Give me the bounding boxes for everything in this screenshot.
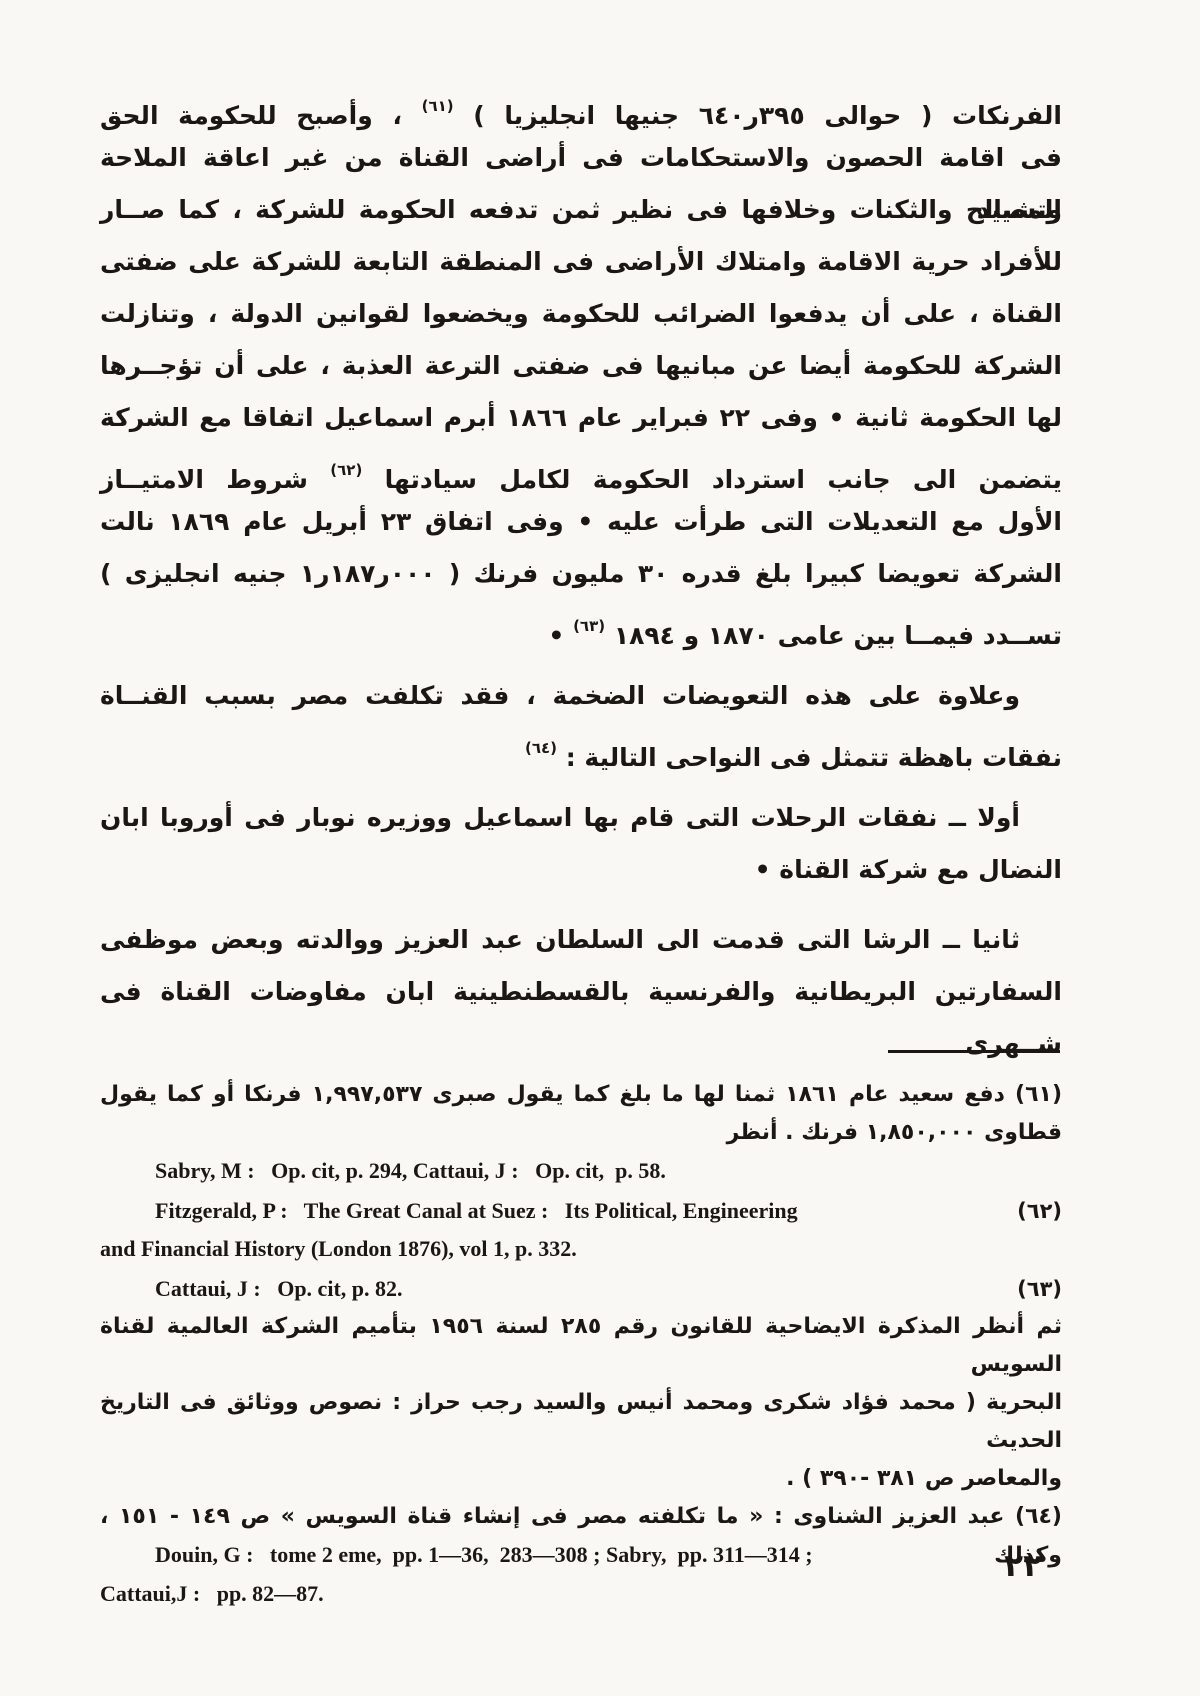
body-line: أولا ــ نفقات الرحلات التى قام بها اسماع…	[100, 792, 1062, 844]
body-paragraph: أولا ــ نفقات الرحلات التى قام بها اسماع…	[100, 792, 1062, 896]
footnote-line: ثم أنظر المذكرة الايضاحية للقانون رقم ٢٨…	[100, 1308, 1062, 1384]
body-text: الفرنكات ( حوالى ⁦٣٩٥ر٦٤٠⁩ جنيها انجليزي…	[100, 80, 1062, 1018]
footnote-line: والمعاصر ص ٣٨١ -٣٩٠ ) .	[100, 1460, 1062, 1498]
body-line: لها الحكومة ثانية • وفى ٢٢ فبراير عام ١٨…	[100, 392, 1062, 444]
body-paragraph: وعلاوة على هذه التعويضات الضخمة ، فقد تك…	[100, 670, 1062, 774]
footnote-line: (٦٤) عبد العزيز الشناوى : « ما تكلفته مص…	[100, 1498, 1062, 1536]
page-number: ٢٢	[1004, 1548, 1042, 1584]
body-line: فى اقامة الحصون والاستحكامات فى أراضى ال…	[100, 132, 1062, 184]
body-line: للأفراد حرية الاقامة وامتلاك الأراضى فى …	[100, 236, 1062, 288]
footnote-separator	[888, 1050, 1060, 1053]
footnote-text: Fitzgerald, P : The Great Canal at Suez …	[100, 1192, 798, 1230]
footnote-line: Douin, G : tome 2 eme, pp. 1—36, 283—308…	[100, 1536, 1062, 1575]
body-line: المصالح والثكنات وخلافها فى نظير ثمن تدف…	[100, 184, 1062, 236]
body-line: النضال مع شركة القناة •	[100, 844, 1062, 896]
footnote-line: Cattaui, J : Op. cit, p. 82.(٦٣)	[100, 1270, 1062, 1308]
footnote-text: Cattaui, J : Op. cit, p. 82.	[100, 1270, 403, 1308]
footnote-text: Douin, G : tome 2 eme, pp. 1—36, 283—308…	[100, 1536, 813, 1574]
body-line: السفارتين البريطانية والفرنسية بالقسطنطي…	[100, 966, 1062, 1018]
body-line: نفقات باهظة تتمثل فى النواحى التالية : (…	[100, 722, 1062, 774]
footnote-section: (٦١) دفع سعيد عام ١٨٦١ ثمنا لها ما بلغ ك…	[100, 1076, 1062, 1615]
body-line: يتضمن الى جانب استرداد الحكومة لكامل سيا…	[100, 444, 1062, 496]
footnote-marker: (٦٢)	[1017, 1192, 1062, 1230]
footnote-line: Cattaui,J : pp. 82—87.	[100, 1575, 1062, 1615]
footnote-ref: (٦٣)	[573, 617, 605, 635]
body-line: تســدد فيمــا بين عامى ١٨٧٠ و ١٨٩٤ (٦٣) …	[100, 600, 1062, 652]
body-line: وعلاوة على هذه التعويضات الضخمة ، فقد تك…	[100, 670, 1062, 722]
footnote-line: (٦١) دفع سعيد عام ١٨٦١ ثمنا لها ما بلغ ك…	[100, 1076, 1062, 1114]
footnote-text: and Financial History (London 1876), vol…	[100, 1236, 577, 1261]
body-paragraph: الفرنكات ( حوالى ⁦٣٩٥ر٦٤٠⁩ جنيها انجليزي…	[100, 80, 1062, 652]
footnote-text: Sabry, M : Op. cit, p. 294, Cattaui, J :…	[155, 1158, 666, 1183]
footnote-ref: (٦٢)	[330, 461, 362, 479]
footnote-line: البحرية ( محمد فؤاد شكرى ومحمد أنيس والس…	[100, 1384, 1062, 1460]
footnote-ref: (٦٤)	[525, 739, 557, 757]
footnote-ref: (٦١)	[422, 97, 454, 115]
body-line: الفرنكات ( حوالى ⁦٣٩٥ر٦٤٠⁩ جنيها انجليزي…	[100, 80, 1062, 132]
footnote-line: قطاوى ١,٨٥٠,٠٠٠ فرنك . أنظر	[100, 1114, 1062, 1152]
footnote-marker: (٦٣)	[1017, 1270, 1062, 1308]
footnote-text: Cattaui,J : pp. 82—87.	[100, 1581, 324, 1606]
footnote-line: Fitzgerald, P : The Great Canal at Suez …	[100, 1192, 1062, 1230]
body-line: الشركة تعويضا كبيرا بلغ قدره ٣٠ مليون فر…	[100, 548, 1062, 600]
body-paragraph: ثانيا ــ الرشا التى قدمت الى السلطان عبد…	[100, 914, 1062, 1018]
footnote-line: and Financial History (London 1876), vol…	[100, 1230, 1062, 1270]
body-line: الشركة للحكومة أيضا عن مبانيها فى ضفتى ا…	[100, 340, 1062, 392]
footnote-line: Sabry, M : Op. cit, p. 294, Cattaui, J :…	[100, 1152, 1062, 1192]
body-line: الأول مع التعديلات التى طرأت عليه • وفى …	[100, 496, 1062, 548]
body-line: القناة ، على أن يدفعوا الضرائب للحكومة و…	[100, 288, 1062, 340]
book-page: الفرنكات ( حوالى ⁦٣٩٥ر٦٤٠⁩ جنيها انجليزي…	[0, 0, 1200, 1696]
body-line: ثانيا ــ الرشا التى قدمت الى السلطان عبد…	[100, 914, 1062, 966]
